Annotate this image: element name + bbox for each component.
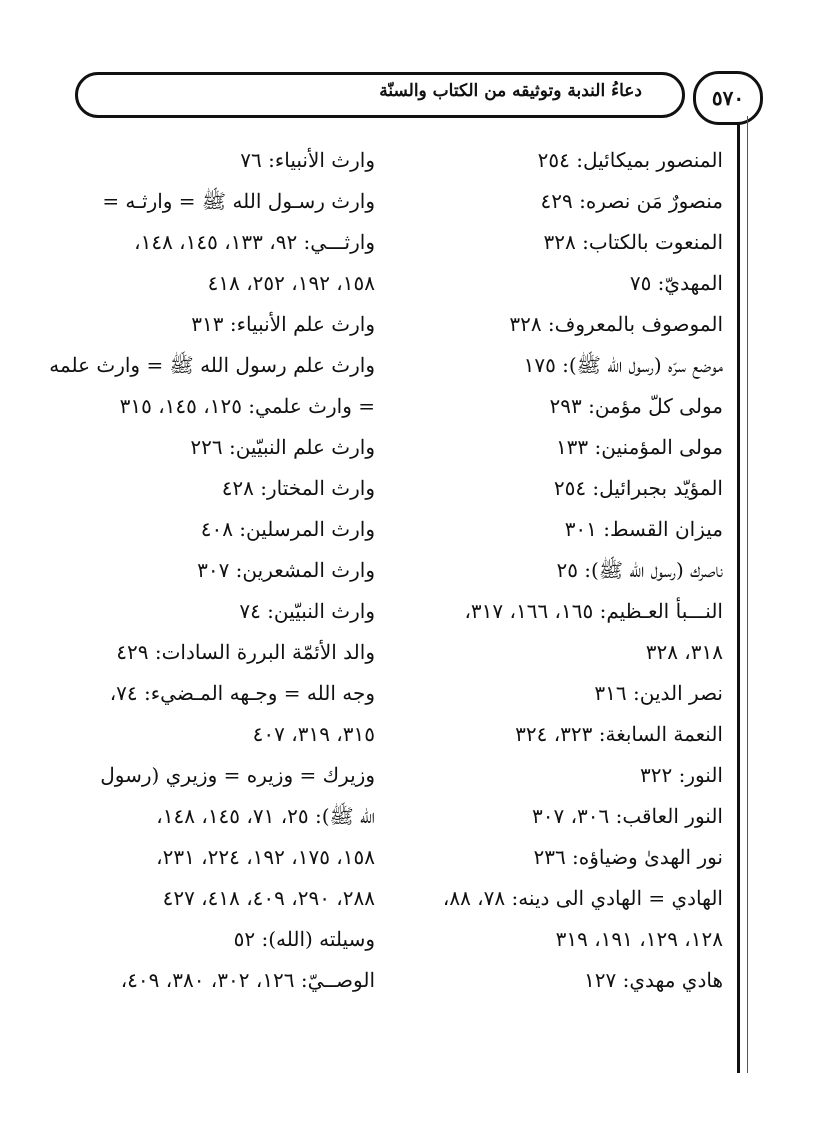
page-number: ٥٧٠ bbox=[712, 86, 744, 110]
vertical-rule-thick bbox=[737, 123, 740, 1073]
index-entry-continued: وارثـــي: ٩٢، ١٣٣، ١٤٥، ١٤٨، bbox=[55, 222, 375, 263]
index-entry: وارث علم النبيّين: ٢٢٦ bbox=[55, 427, 375, 468]
index-entry: ناصرك (رسول الله ﷺ): ٢٥ bbox=[403, 550, 723, 591]
index-entry-continued: الله ﷺ): ٢٥، ٧١، ١٤٥، ١٤٨، bbox=[55, 796, 375, 837]
page-number-box: ٥٧٠ bbox=[693, 71, 763, 125]
index-column-right: المنصور بميكائيل: ٢٥٤ منصورٌ مَن نصره: ٤… bbox=[403, 140, 723, 1001]
index-entry: وارث رسـول الله ﷺ = وارثـه = bbox=[55, 181, 375, 222]
index-entry: النور العاقب: ٣٠٦، ٣٠٧ bbox=[403, 796, 723, 837]
index-entry: الوصــيّ: ١٢٦، ٣٠٢، ٣٨٠، ٤٠٩، bbox=[55, 960, 375, 1001]
index-entry: نور الهدىٰ وضياؤه: ٢٣٦ bbox=[403, 837, 723, 878]
index-entry: منصورٌ مَن نصره: ٤٢٩ bbox=[403, 181, 723, 222]
index-entry: النـــبأ العـظيم: ١٦٥، ١٦٦، ٣١٧، bbox=[403, 591, 723, 632]
index-entry: النعمة السابغة: ٣٢٣، ٣٢٤ bbox=[403, 714, 723, 755]
index-entry-continued: ٣١٥، ٣١٩، ٤٠٧ bbox=[55, 714, 375, 755]
index-entry: وارث علم الأنبياء: ٣١٣ bbox=[55, 304, 375, 345]
index-entry-continued: ٢٨٨، ٢٩٠، ٤٠٩، ٤١٨، ٤٢٧ bbox=[55, 878, 375, 919]
index-entry: وجه الله = وجـهه المـضيء: ٧٤، bbox=[55, 673, 375, 714]
index-entry: النور: ٣٢٢ bbox=[403, 755, 723, 796]
index-entry: وارث المشعرين: ٣٠٧ bbox=[55, 550, 375, 591]
index-entry: وارث علم رسول الله ﷺ = وارث علمه bbox=[55, 345, 375, 386]
index-entry: نصر الدين: ٣١٦ bbox=[403, 673, 723, 714]
index-entry: وزيرك = وزيره = وزيري (رسول bbox=[55, 755, 375, 796]
index-entry-continued: = وارث علمي: ١٢٥، ١٤٥، ٣١٥ bbox=[55, 386, 375, 427]
index-entry: وارث النبيّين: ٧٤ bbox=[55, 591, 375, 632]
running-header-banner: دعاءُ الندبة وتوثيقه من الكتاب والسنّة bbox=[75, 72, 685, 118]
index-entry: وسيلته (الله): ٥٢ bbox=[55, 919, 375, 960]
index-entry-continued: ١٥٨، ١٩٢، ٢٥٢، ٤١٨ bbox=[55, 263, 375, 304]
index-entry: وارث المختار: ٤٢٨ bbox=[55, 468, 375, 509]
index-entry: موضع سرّه (رسول الله ﷺ): ١٧٥ bbox=[403, 345, 723, 386]
index-entry-continued: ١٥٨، ١٧٥، ١٩٢، ٢٢٤، ٢٣١، bbox=[55, 837, 375, 878]
index-entry: المنصور بميكائيل: ٢٥٤ bbox=[403, 140, 723, 181]
index-entry: المهديّ: ٧٥ bbox=[403, 263, 723, 304]
index-entry: الهادي = الهادي الى دينه: ٧٨، ٨٨، bbox=[403, 878, 723, 919]
index-entry: مولى المؤمنين: ١٣٣ bbox=[403, 427, 723, 468]
index-entry: الموصوف بالمعروف: ٣٢٨ bbox=[403, 304, 723, 345]
index-entry: والد الأئمّة البررة السادات: ٤٢٩ bbox=[55, 632, 375, 673]
index-entry: المؤيّد بجبرائيل: ٢٥٤ bbox=[403, 468, 723, 509]
index-entry: وارث الأنبياء: ٧٦ bbox=[55, 140, 375, 181]
index-entry: ميزان القسط: ٣٠١ bbox=[403, 509, 723, 550]
index-entry-continued: ١٢٨، ١٢٩، ١٩١، ٣١٩ bbox=[403, 919, 723, 960]
index-column-left: وارث الأنبياء: ٧٦ وارث رسـول الله ﷺ = وا… bbox=[55, 140, 375, 1001]
running-header-title: دعاءُ الندبة وتوثيقه من الكتاب والسنّة bbox=[379, 81, 642, 101]
index-entry: وارث المرسلين: ٤٠٨ bbox=[55, 509, 375, 550]
index-entry: هادي مهدي: ١٢٧ bbox=[403, 960, 723, 1001]
index-entry-continued: ٣١٨، ٣٢٨ bbox=[403, 632, 723, 673]
vertical-rule-thin bbox=[747, 116, 748, 1073]
index-entry: مولى كلّ مؤمن: ٢٩٣ bbox=[403, 386, 723, 427]
index-entry: المنعوت بالكتاب: ٣٢٨ bbox=[403, 222, 723, 263]
